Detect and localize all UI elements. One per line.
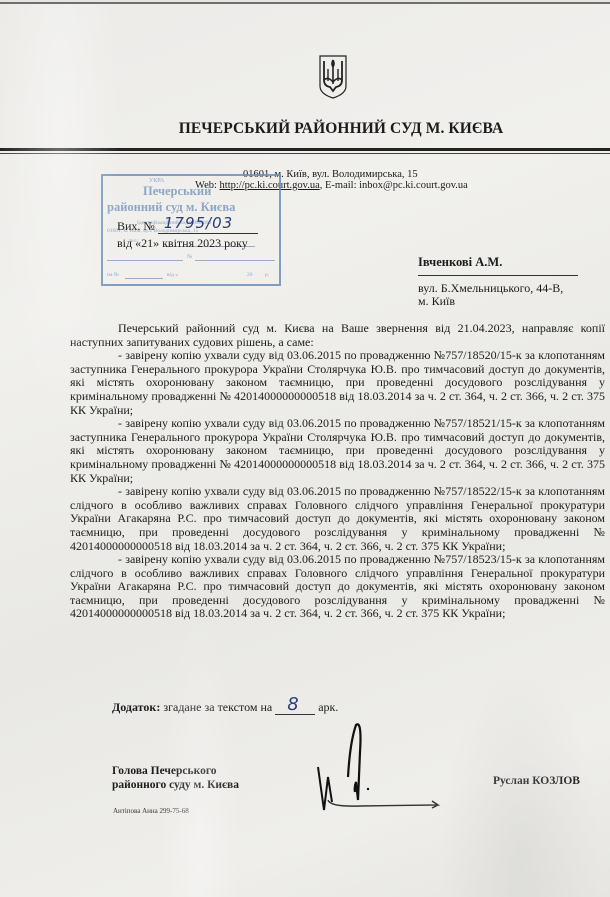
attachment-line: Додаток: згадане за текстом на 8 арк. bbox=[112, 700, 338, 715]
list-item: - завірену копію ухвали суду від 03.06.2… bbox=[70, 417, 605, 485]
stamp-year-suffix: р. bbox=[265, 272, 269, 278]
document-page: ПЕЧЕРСЬКИЙ РАЙОННИЙ СУД М. КИЄВА 01601, … bbox=[0, 2, 610, 897]
list-item: - завірену копію ухвали суду від 03.06.2… bbox=[70, 485, 605, 553]
stamp-line-1: Печерський bbox=[143, 184, 211, 199]
handwritten-signature-icon bbox=[310, 722, 450, 817]
stamp-from-label: від « bbox=[167, 272, 178, 278]
outgoing-number: Вих. № 1795/03 bbox=[117, 219, 258, 234]
signer-role-line-1: Голова Печерського bbox=[112, 764, 239, 778]
header-divider bbox=[0, 148, 610, 151]
stamp-year-label: 20 bbox=[247, 272, 253, 278]
recipient-address: вул. Б.Хмельницького, 44-В, м. Київ bbox=[418, 282, 563, 308]
attachment-suffix: арк. bbox=[315, 700, 338, 714]
intro-paragraph: Печерський районний суд м. Києва на Ваше… bbox=[70, 322, 605, 349]
signer-role-line-2: районного суду м. Києва bbox=[112, 778, 239, 792]
recipient-city: м. Київ bbox=[418, 295, 563, 308]
stamp-num-label: № bbox=[187, 254, 192, 260]
stamp-reply-label: на № bbox=[107, 272, 119, 278]
trident-emblem-icon bbox=[318, 54, 348, 100]
handwritten-pages: 8 bbox=[287, 694, 298, 715]
attachment-pages-field: 8 bbox=[275, 702, 315, 715]
court-name-heading: ПЕЧЕРСЬКИЙ РАЙОННИЙ СУД М. КИЄВА bbox=[0, 120, 610, 138]
attachment-text: згадане за текстом на bbox=[160, 700, 275, 714]
outgoing-number-field: 1795/03 bbox=[158, 221, 258, 234]
list-item: - завірену копію ухвали суду від 03.06.2… bbox=[70, 349, 605, 417]
recipient-divider bbox=[418, 275, 578, 276]
outgoing-number-label: Вих. № bbox=[117, 219, 155, 233]
handwritten-number: 1795/03 bbox=[164, 214, 233, 232]
list-item: - завірену копію ухвали суду від 03.06.2… bbox=[70, 553, 605, 621]
executor-contact: Антіпова Анна 299-75-68 bbox=[113, 807, 189, 815]
outgoing-date: від «21» квітня 2023 року bbox=[117, 236, 248, 251]
header-divider-thin bbox=[0, 153, 610, 154]
signer-role: Голова Печерського районного суду м. Киє… bbox=[112, 764, 239, 792]
stamp-line-2: районний суд м. Києва bbox=[107, 200, 235, 215]
recipient-name: Івченкові А.М. bbox=[418, 255, 502, 270]
letter-body: Печерський районний суд м. Києва на Ваше… bbox=[70, 322, 605, 621]
email-text: , E-mail: inbox@pc.ki.court.gov.ua bbox=[320, 180, 468, 191]
attachment-label: Додаток: bbox=[112, 700, 160, 714]
signer-name: Руслан КОЗЛОВ bbox=[493, 775, 580, 787]
